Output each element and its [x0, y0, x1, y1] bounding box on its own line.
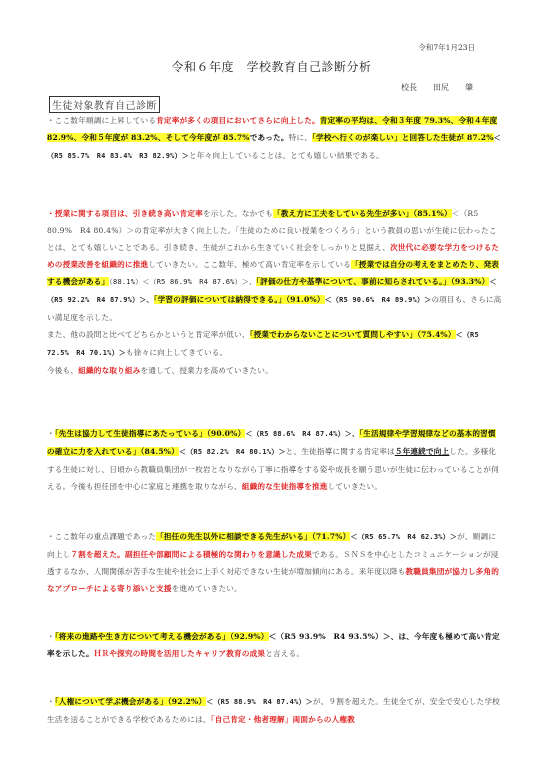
text: していきたい。 [328, 482, 383, 491]
emphasis-red: 「自己肯定・他者理解」両面からの人権教 [211, 715, 355, 724]
text: 今後も、 [47, 366, 78, 375]
emphasis-red: 組織的な取り組み [78, 366, 140, 375]
text: と、生徒指導に関する肯定率は [286, 447, 395, 456]
underlined-emphasis: ５年連続で向上 [395, 447, 450, 456]
highlight: 「人権について学ぶ機会がある」（92.2%） [55, 697, 206, 706]
document-date: 令和7年1月23日 [418, 42, 475, 53]
emphasis-red: 組織的な生徒指導を推進 [242, 482, 328, 491]
section-heading: 生徒対象教育自己診断 [49, 96, 160, 113]
text: していきたい。 [148, 260, 203, 269]
text: を示した。なかでも [203, 209, 273, 218]
comparison: （88.1%）＜（R5 86.9% R4 87.6%）＞、 [109, 278, 256, 286]
text: を進めていきたい。 [172, 584, 242, 593]
document-title: 令和６年度 学校教育自己診断分析 [0, 58, 543, 75]
comparison: ＜（R5 82.2% R4 80.1%）＞ [179, 448, 286, 456]
text: を通して、授業力を高めていきたい。 [141, 366, 273, 375]
document-author: 校長 田尻 肇 [401, 82, 473, 93]
paragraph-overall: ・ここ数年順調に上昇している肯定率が多くの項目においてさらに向上した。肯定率の平… [47, 112, 502, 165]
text: 特に、 [289, 133, 312, 142]
bullet: ・ [47, 429, 55, 438]
text-bold: であった。 [250, 133, 289, 142]
bullet: ・ [47, 632, 55, 641]
highlight: 「担任の先生以外に相談できる先生がいる」（71.7%） [156, 532, 350, 541]
text: また、他の設問と比べてどちらかというと肯定率が低い、 [47, 330, 250, 339]
bullet: ・ [47, 697, 55, 706]
emphasis-red: ＨＲや探究の時間を活用したキャリア教育の成果 [94, 649, 265, 658]
comparison: ＜（R5 88.6% R4 87.4%）＞、 [245, 430, 359, 438]
emphasis-red: ７割を超えた。副担任や部顧問による積極的な関わりを意識した成果 [70, 550, 312, 559]
emphasis-red: 肯定率が多くの項目においてさらに向上した。 [156, 116, 320, 125]
emphasis-red: ・授業に関する項目は、引き続き高い肯定率 [47, 209, 203, 218]
text: も徐々に向上してきている。 [126, 348, 227, 357]
comparison: ＜（R5 90.6% R4 89.9%）＞ [325, 296, 432, 304]
text: ここ数年、極めて高い肯定率を示している [203, 260, 351, 269]
paragraph-guidance: ・「先生は協力して生徒指導にあたっている」（90.0%）＜（R5 88.6% R… [47, 425, 502, 495]
text: と言える。 [265, 649, 304, 658]
highlight: 「学習の評価については納得できる。」（91.0%） [154, 295, 325, 304]
highlight: 「評価の仕方や基準について、事前に知らされている。」（93.3%） [256, 277, 489, 286]
text: と年々向上していることは、とても嬉しい結果である。 [189, 151, 384, 160]
text: ・ここ数年の重点課題であった [47, 532, 156, 541]
highlight: 「先生は協力して生徒指導にあたっている」（90.0%） [55, 429, 246, 438]
paragraph-consultation: ・ここ数年の重点課題であった「担任の先生以外に相談できる先生がいる」（71.7%… [47, 528, 502, 597]
paragraph-human-rights: ・「人権について学ぶ機会がある」（92.2%）＜（R5 88.9% R4 87.… [47, 693, 502, 728]
text: ・ここ数年順調に上昇している [47, 116, 156, 125]
comparison: ＜（R5 88.9% R4 87.4%）＞ [206, 698, 313, 706]
paragraph-lessons: ・授業に関する項目は、引き続き高い肯定率を示した。なかでも「教え方に工夫をしてい… [47, 205, 502, 379]
highlight: 「学校へ行くのが楽しい」と回答した生徒が 87.2% [312, 133, 494, 142]
highlight: 「教え方に工夫をしている先生が多い」（85.1%） [273, 209, 452, 218]
highlight: 「将来の進路や生き方について考える機会がある」（92.9%） [55, 632, 269, 641]
highlight: 「授業でわからないことについて質問しやすい」（75.4%） [250, 330, 456, 339]
paragraph-career: ・「将来の進路や生き方について考える機会がある」（92.9%）＜（R5 93.9… [47, 628, 502, 662]
comparison: ＜（R5 65.7% R4 62.3%）＞ [350, 533, 457, 541]
